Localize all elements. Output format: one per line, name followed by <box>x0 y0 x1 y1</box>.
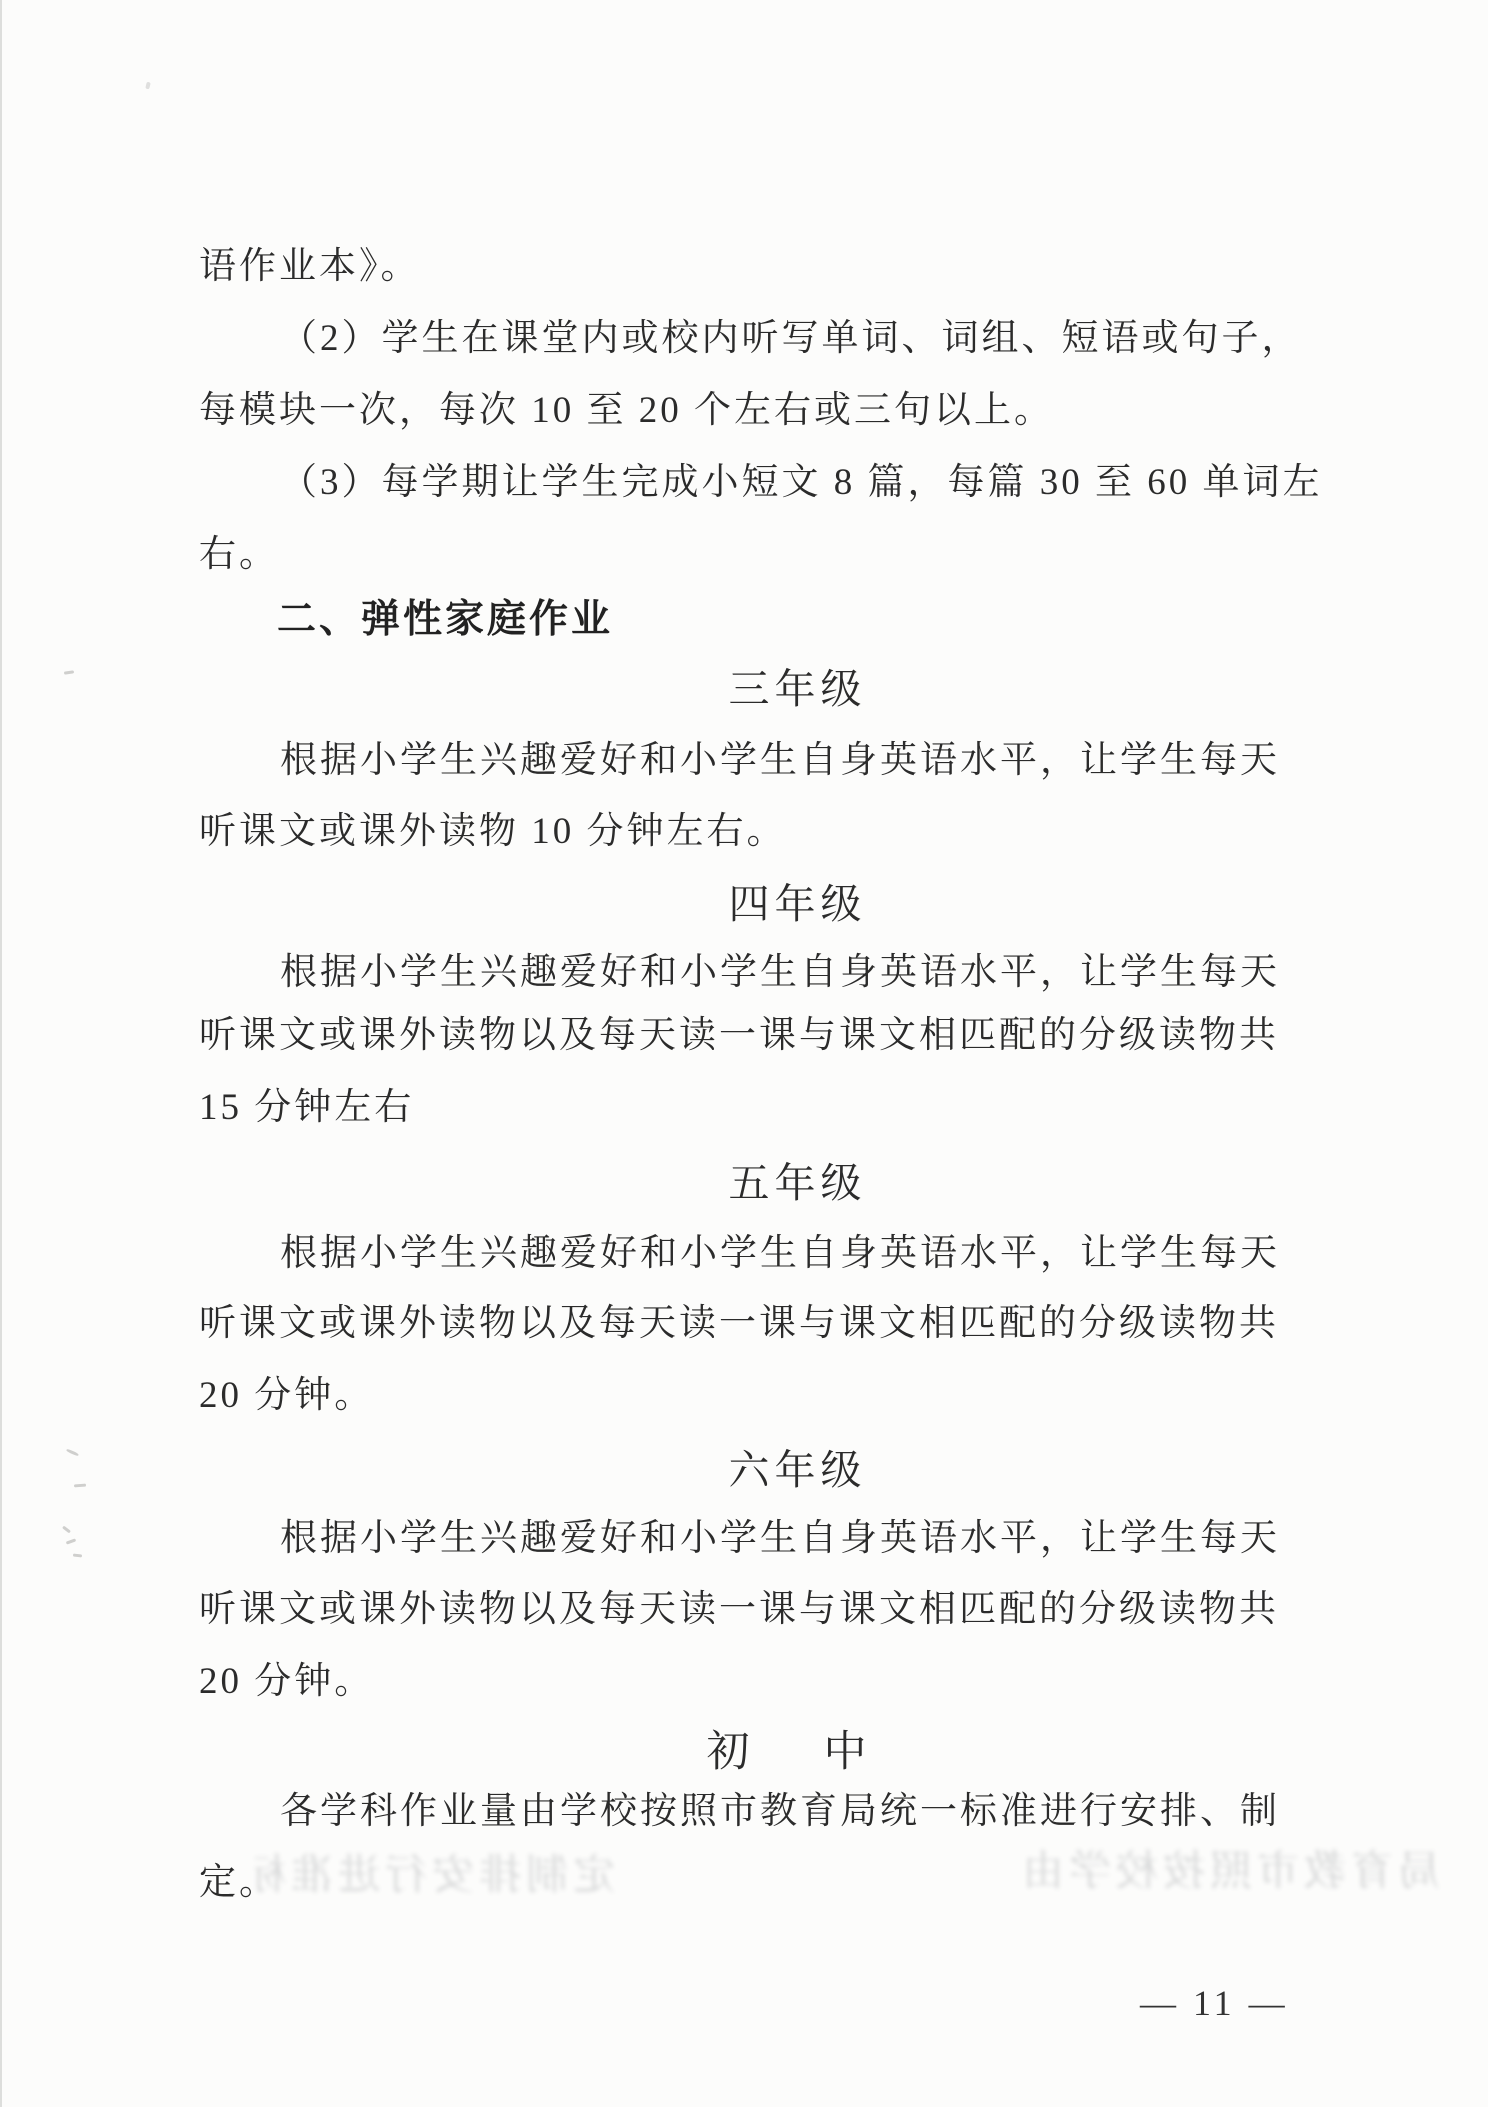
page-number: — 11 — <box>1140 1982 1289 2024</box>
junior-high-heading: 初 中 <box>245 1728 1328 1777</box>
margin-mark <box>74 1484 86 1488</box>
margin-mark <box>73 1554 82 1558</box>
text-line: 根据小学生兴趣爱好和小学生自身英语水平，让学生每天 <box>280 1518 1280 1561</box>
text-line: 语作业本》。 <box>199 246 421 289</box>
junior-high-char-second: 中 <box>824 1728 867 1777</box>
text-line: 20 分钟。 <box>199 1375 374 1418</box>
grade-heading-grade5: 五年级 <box>256 1160 1339 1207</box>
text-line: 各学科作业量由学校按照市教育局统一标准进行安排、制 <box>280 1791 1280 1834</box>
grade-heading-grade4: 四年级 <box>256 881 1339 928</box>
bleed-through-text: 定制排安行进准标 <box>255 1842 615 1902</box>
document-page: 语作业本》。 （2）学生在课堂内或校内听写单词、词组、短语或句子， 每模块一次，… <box>0 0 1488 2107</box>
bleed-through-text: 局育教市照按校学由量 <box>1028 1838 1440 1898</box>
text-line: 听课文或课外读物 10 分钟左右。 <box>199 811 787 854</box>
grade-heading-grade6: 六年级 <box>256 1447 1339 1494</box>
text-line: 20 分钟。 <box>199 1661 374 1704</box>
text-line: 根据小学生兴趣爱好和小学生自身英语水平，让学生每天 <box>280 1233 1280 1276</box>
text-line: 右。 <box>199 534 279 577</box>
margin-mark <box>66 1448 79 1456</box>
margin-mark <box>64 670 74 674</box>
text-line: （2）学生在课堂内或校内听写单词、词组、短语或句子， <box>280 318 1302 361</box>
text-line: 15 分钟左右 <box>199 1087 414 1130</box>
text-line: 听课文或课外读物以及每天读一课与课文相匹配的分级读物共 <box>199 1589 1279 1632</box>
text-line: 听课文或课外读物以及每天读一课与课文相匹配的分级读物共 <box>199 1303 1279 1346</box>
text-line: 根据小学生兴趣爱好和小学生自身英语水平，让学生每天 <box>280 740 1280 783</box>
margin-mark <box>62 1526 71 1534</box>
margin-mark <box>66 1538 76 1544</box>
scan-speck <box>145 82 151 90</box>
text-line: 每模块一次，每次 10 至 20 个左右或三句以上。 <box>199 390 1054 433</box>
text-line: （3）每学期让学生完成小短文 8 篇，每篇 30 至 60 单词左 <box>280 462 1323 505</box>
section-heading: 二、弹性家庭作业 <box>277 598 613 643</box>
text-line: 听课文或课外读物以及每天读一课与课文相匹配的分级读物共 <box>199 1015 1279 1058</box>
junior-high-char-first: 初 <box>707 1728 750 1777</box>
grade-heading-grade3: 三年级 <box>256 666 1339 713</box>
text-line: 根据小学生兴趣爱好和小学生自身英语水平，让学生每天 <box>280 952 1280 995</box>
scanner-edge-shadow <box>0 0 2 2107</box>
